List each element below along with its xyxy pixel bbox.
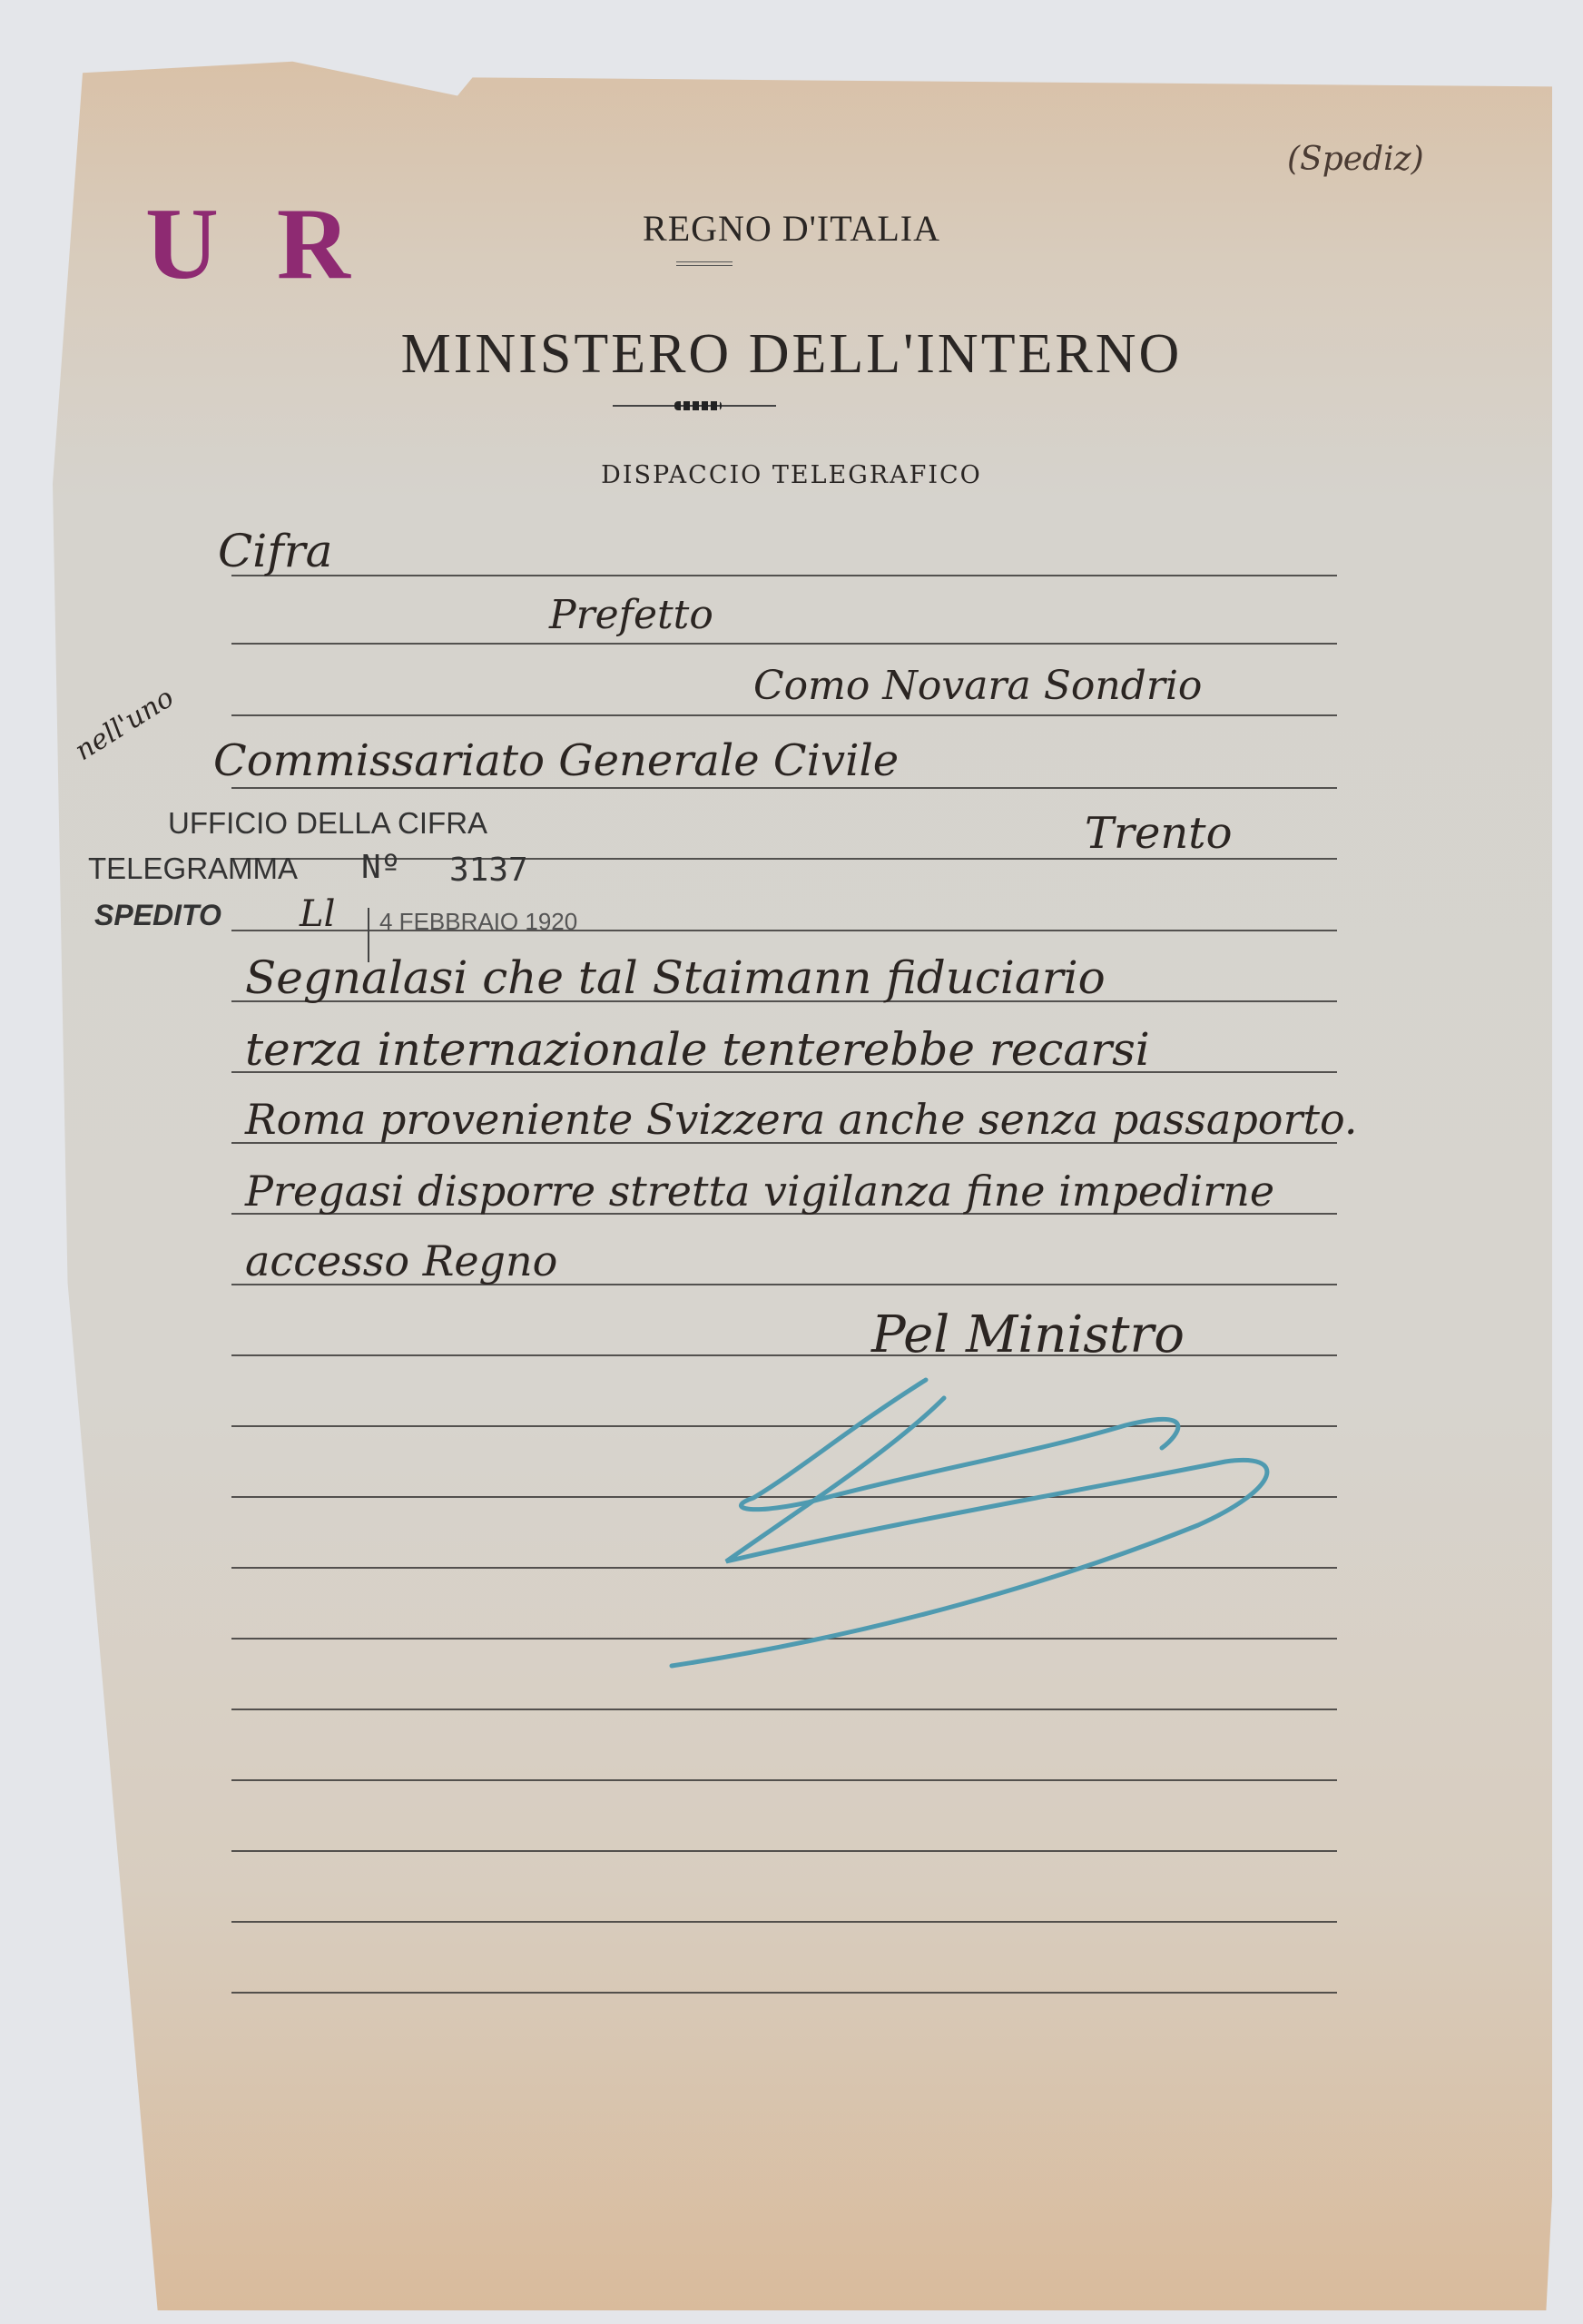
kingdom-heading: REGNO D'ITALIA [0,207,1583,250]
sent-initials: Ll [300,893,335,935]
number-label: Nº [361,849,400,886]
ruled-line [231,1921,1337,1923]
ruled-line [231,1779,1337,1781]
sent-label: SPEDITO [94,899,221,932]
ruled-line [231,714,1337,716]
recipient-title: Prefetto [549,592,713,638]
ruled-line [231,1992,1337,1994]
ruled-line [231,1850,1337,1852]
ministry-title: MINISTERO DELL'INTERNO [0,322,1583,387]
body-line-4: Pregasi disporre stretta vigilanza fine … [245,1167,1274,1216]
telegram-number: 3137 [449,852,528,889]
top-right-handwritten-note: (Spediz) [1287,141,1424,178]
telegram-label: TELEGRAMMA [88,852,298,886]
recipient-place: Trento [1085,808,1232,859]
body-line-2: terza internazionale tenterebbe recarsi [245,1023,1150,1076]
ruled-line [231,575,1337,576]
ruled-line [231,643,1337,645]
blue-pencil-signature [654,1371,1398,1670]
body-line-3: Roma proveniente Svizzera anche senza pa… [245,1095,1357,1144]
recipient-cities: Como Novara Sondrio [753,663,1202,709]
closing-signature: Pel Ministro [871,1305,1185,1364]
body-line-5: accesso Regno [245,1236,557,1285]
heading-divider [676,261,733,266]
recipient-commissariat: Commissariato Generale Civile [213,735,899,786]
body-line-1: Segnalasi che tal Staimann fiduciario [245,951,1106,1004]
transmission-mode: Cifra [218,525,332,577]
sent-date: 4 FEBBRAIO 1920 [379,908,577,936]
ruled-line [231,1709,1337,1710]
ornament-divider [613,405,776,407]
form-type-heading: DISPACCIO TELEGRAFICO [0,461,1583,489]
cipher-office-stamp: UFFICIO DELLA CIFRA [168,806,487,841]
ruled-line [231,787,1337,789]
